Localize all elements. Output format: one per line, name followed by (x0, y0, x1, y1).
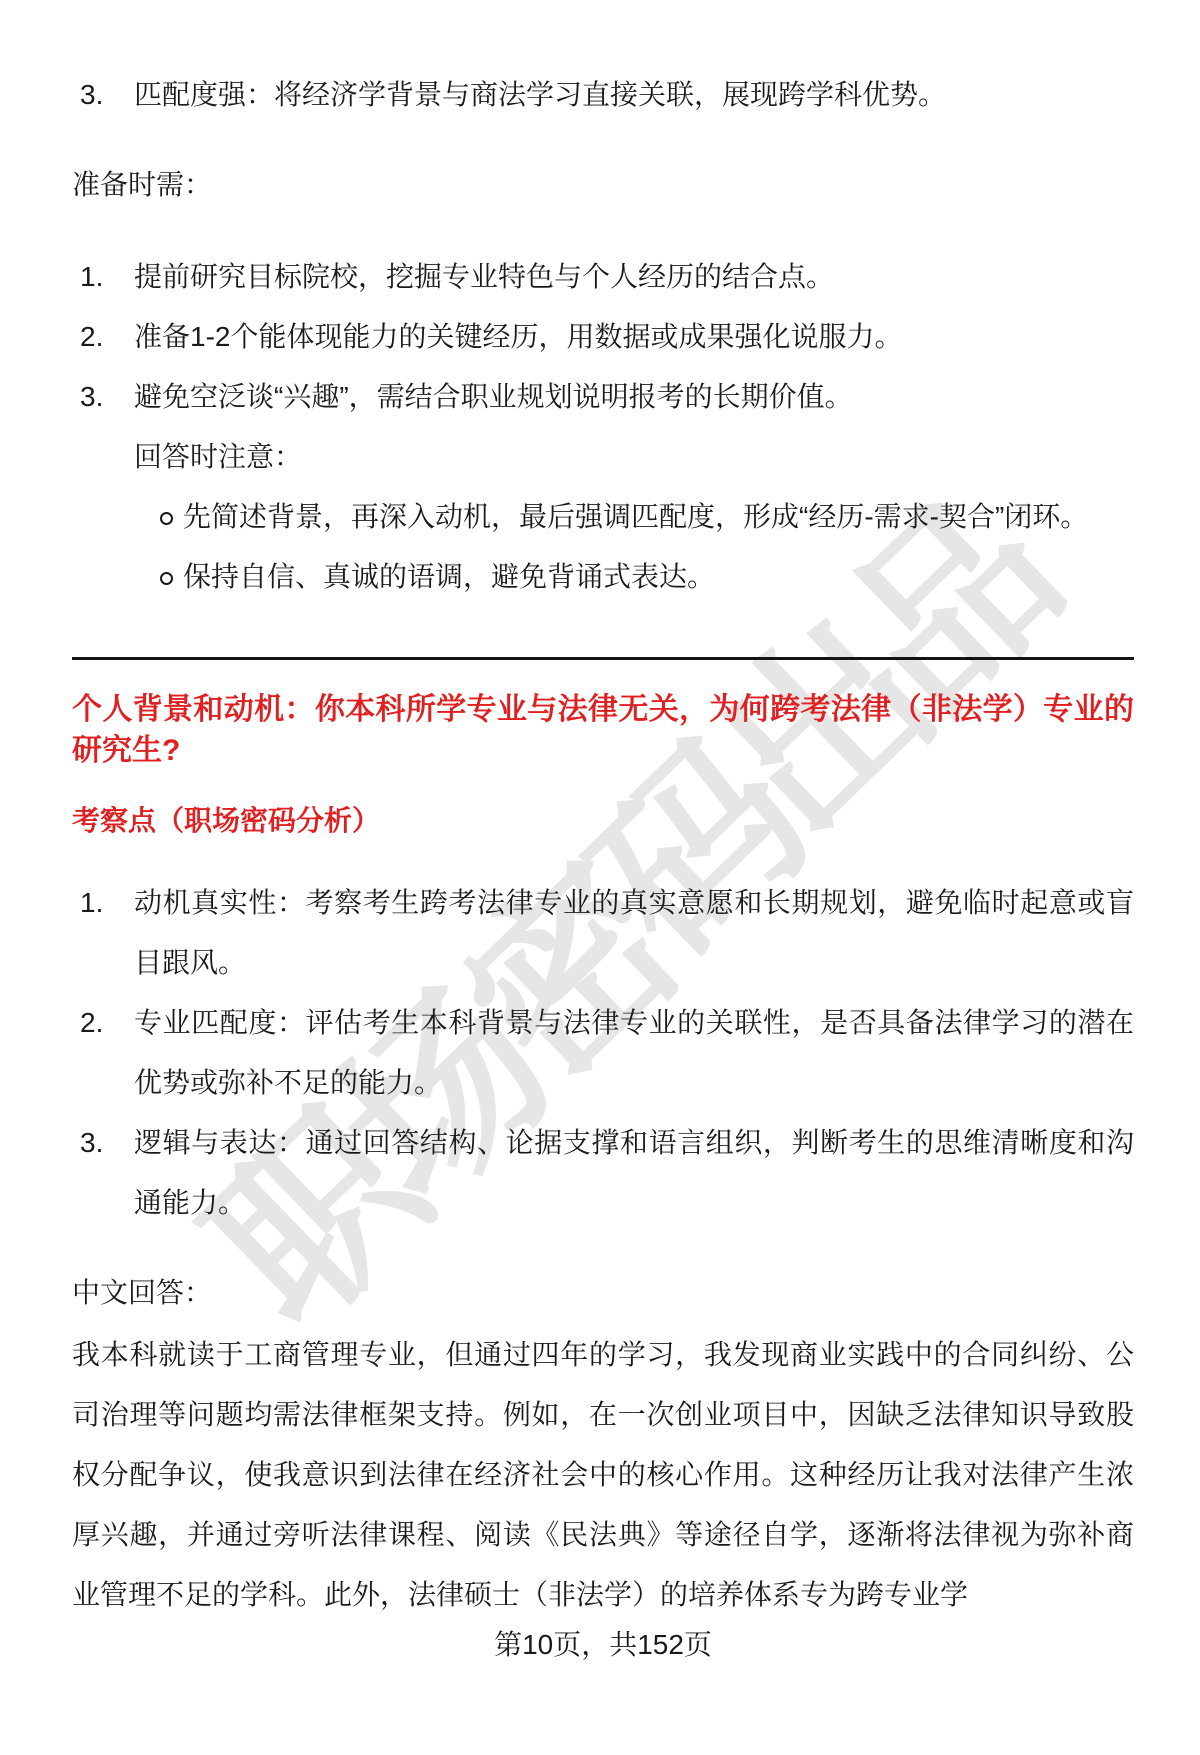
list-item: 3. 避免空泛谈“兴趣”，需结合职业规划说明报考的长期价值。 (72, 367, 1134, 427)
list-item: 3. 匹配度强：将经济学背景与商法学习直接关联，展现跨学科优势。 (72, 65, 1134, 125)
prep-heading: 准备时需： (72, 155, 1134, 215)
list-text: 准备1-2个能体现能力的关键经历，用数据或成果强化说服力。 (134, 321, 902, 352)
section-divider (72, 657, 1134, 660)
page-number-footer: 第10页，共152页 (72, 1625, 1134, 1665)
answer-heading: 中文回答： (72, 1263, 1134, 1323)
list-number: 1. (80, 247, 103, 307)
document-page: 3. 匹配度强：将经济学背景与商法学习直接关联，展现跨学科优势。 准备时需： 1… (72, 0, 1134, 1665)
assessment-points-heading: 考察点（职场密码分析） (72, 801, 1134, 841)
list-text: 匹配度强：将经济学背景与商法学习直接关联，展现跨学科优势。 (134, 79, 946, 110)
bullet-text: 先简述背景，再深入动机，最后强调匹配度，形成“经历-需求-契合”闭环。 (183, 501, 1088, 532)
list-item: 2. 准备1-2个能体现能力的关键经历，用数据或成果强化说服力。 (72, 307, 1134, 367)
list-text: 专业匹配度：评估考生本科背景与法律专业的关联性，是否具备法律学习的潜在优势或弥补… (134, 1007, 1134, 1098)
answer-note-heading: 回答时注意： (72, 427, 1134, 487)
circle-bullet-icon (160, 512, 173, 525)
bullet-item: 先简述背景，再深入动机，最后强调匹配度，形成“经历-需求-契合”闭环。 (72, 487, 1134, 547)
list-number: 3. (80, 1113, 103, 1173)
list-item: 3. 逻辑与表达：通过回答结构、论据支撑和语言组织，判断考生的思维清晰度和沟通能… (72, 1113, 1134, 1233)
list-item: 2. 专业匹配度：评估考生本科背景与法律专业的关联性，是否具备法律学习的潜在优势… (72, 993, 1134, 1113)
list-text: 逻辑与表达：通过回答结构、论据支撑和语言组织，判断考生的思维清晰度和沟通能力。 (134, 1127, 1134, 1218)
bullet-item: 保持自信、真诚的语调，避免背诵式表达。 (72, 547, 1134, 607)
list-number: 2. (80, 993, 103, 1053)
list-number: 3. (80, 65, 103, 125)
list-number: 3. (80, 367, 103, 427)
circle-bullet-icon (160, 572, 173, 585)
question-heading: 个人背景和动机：你本科所学专业与法律无关，为何跨考法律（非法学）专业的研究生? (72, 689, 1134, 771)
list-number: 1. (80, 873, 103, 933)
list-text: 提前研究目标院校，挖掘专业特色与个人经历的结合点。 (134, 261, 834, 292)
bullet-text: 保持自信、真诚的语调，避免背诵式表达。 (183, 561, 715, 592)
list-number: 2. (80, 307, 103, 367)
list-item: 1. 提前研究目标院校，挖掘专业特色与个人经历的结合点。 (72, 247, 1134, 307)
list-text: 动机真实性：考察考生跨考法律专业的真实意愿和长期规划，避免临时起意或盲目跟风。 (134, 887, 1134, 978)
list-text: 避免空泛谈“兴趣”，需结合职业规划说明报考的长期价值。 (134, 381, 853, 412)
list-item: 1. 动机真实性：考察考生跨考法律专业的真实意愿和长期规划，避免临时起意或盲目跟… (72, 873, 1134, 993)
answer-paragraph: 我本科就读于工商管理专业，但通过四年的学习，我发现商业实践中的合同纠纷、公司治理… (72, 1325, 1134, 1625)
